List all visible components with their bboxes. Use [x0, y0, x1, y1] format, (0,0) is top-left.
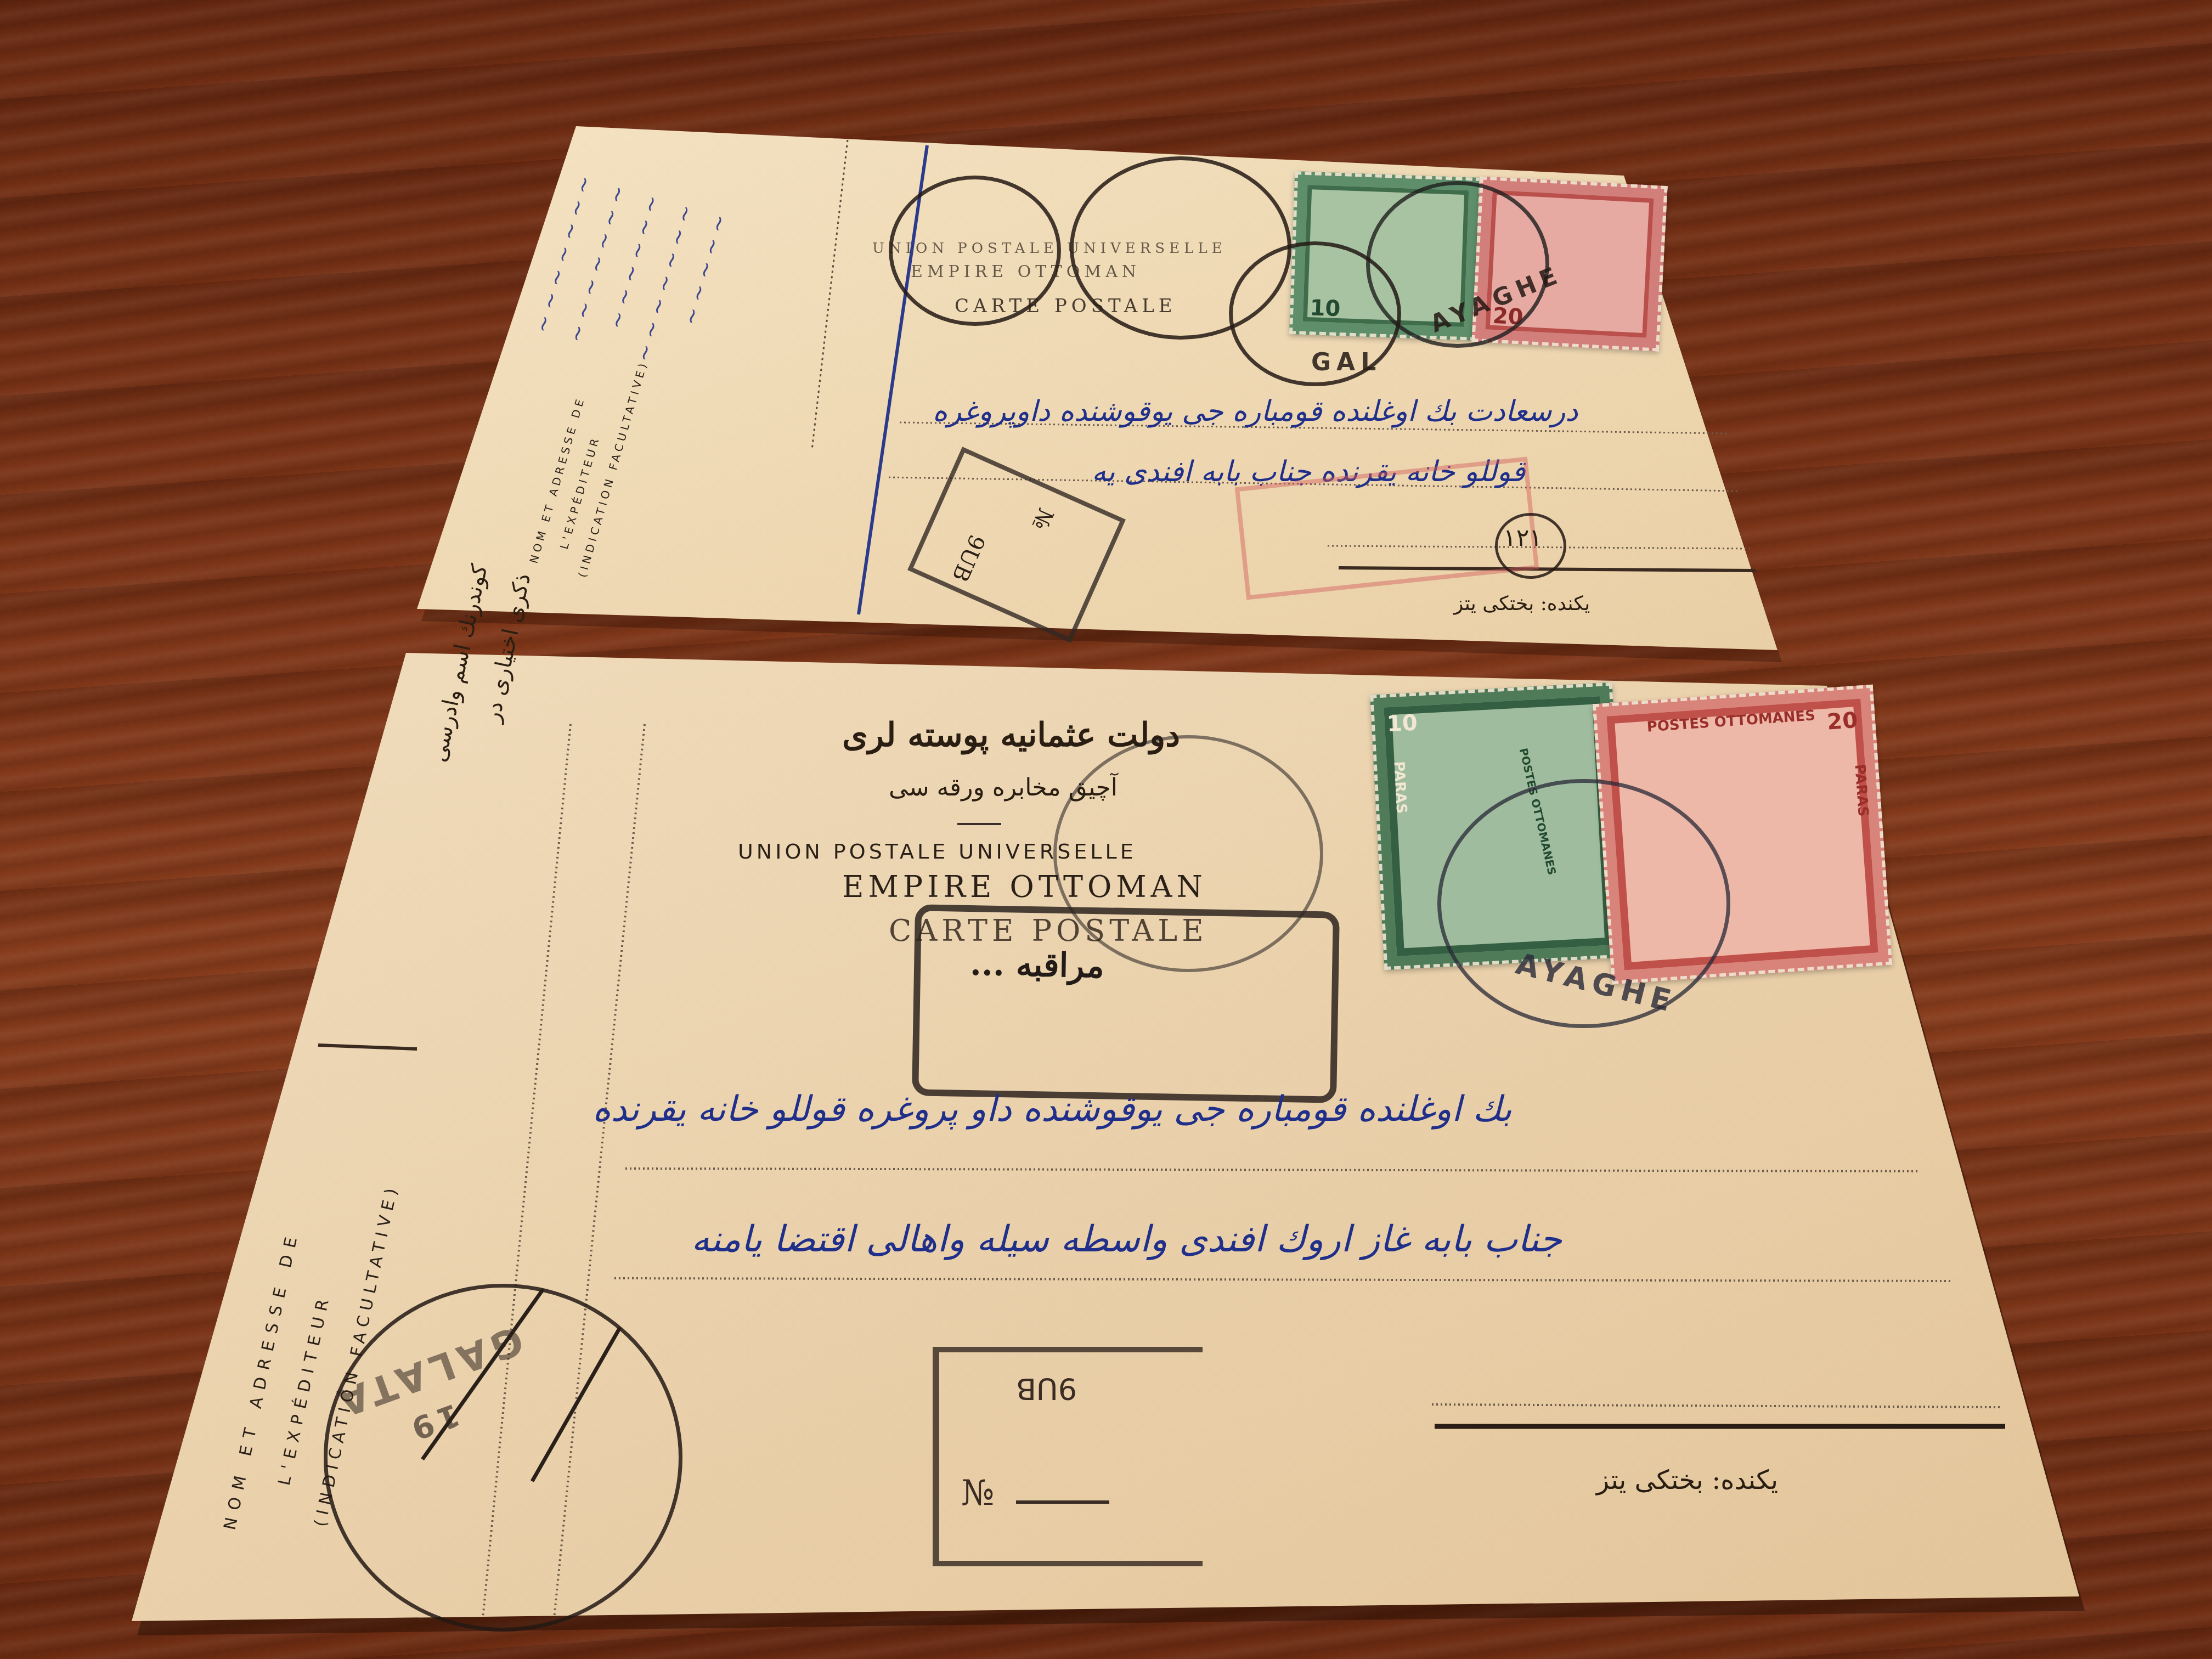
bottom-address-line-1: بك اوغلنده قومباره جی يوقوشنده داو پروغر… — [592, 1089, 1512, 1130]
bottom-box-code: 9UB — [1016, 1372, 1077, 1406]
bottom-address-line-2: جناب بابه غاز اروك افندی واسطه سيله واها… — [691, 1218, 1562, 1260]
bottom-box-number-sign: № — [961, 1473, 995, 1514]
bottom-footer-ottoman: یكنده: بختكی یتز — [1596, 1465, 1778, 1496]
bottom-postcard: دولت عثمانيه پوسته لری آچیق مخابره ورقه … — [0, 0, 2212, 1659]
bottom-box-number-blank — [1016, 1500, 1109, 1504]
bottom-box-number-stamp: 9UB № — [933, 1347, 1203, 1566]
